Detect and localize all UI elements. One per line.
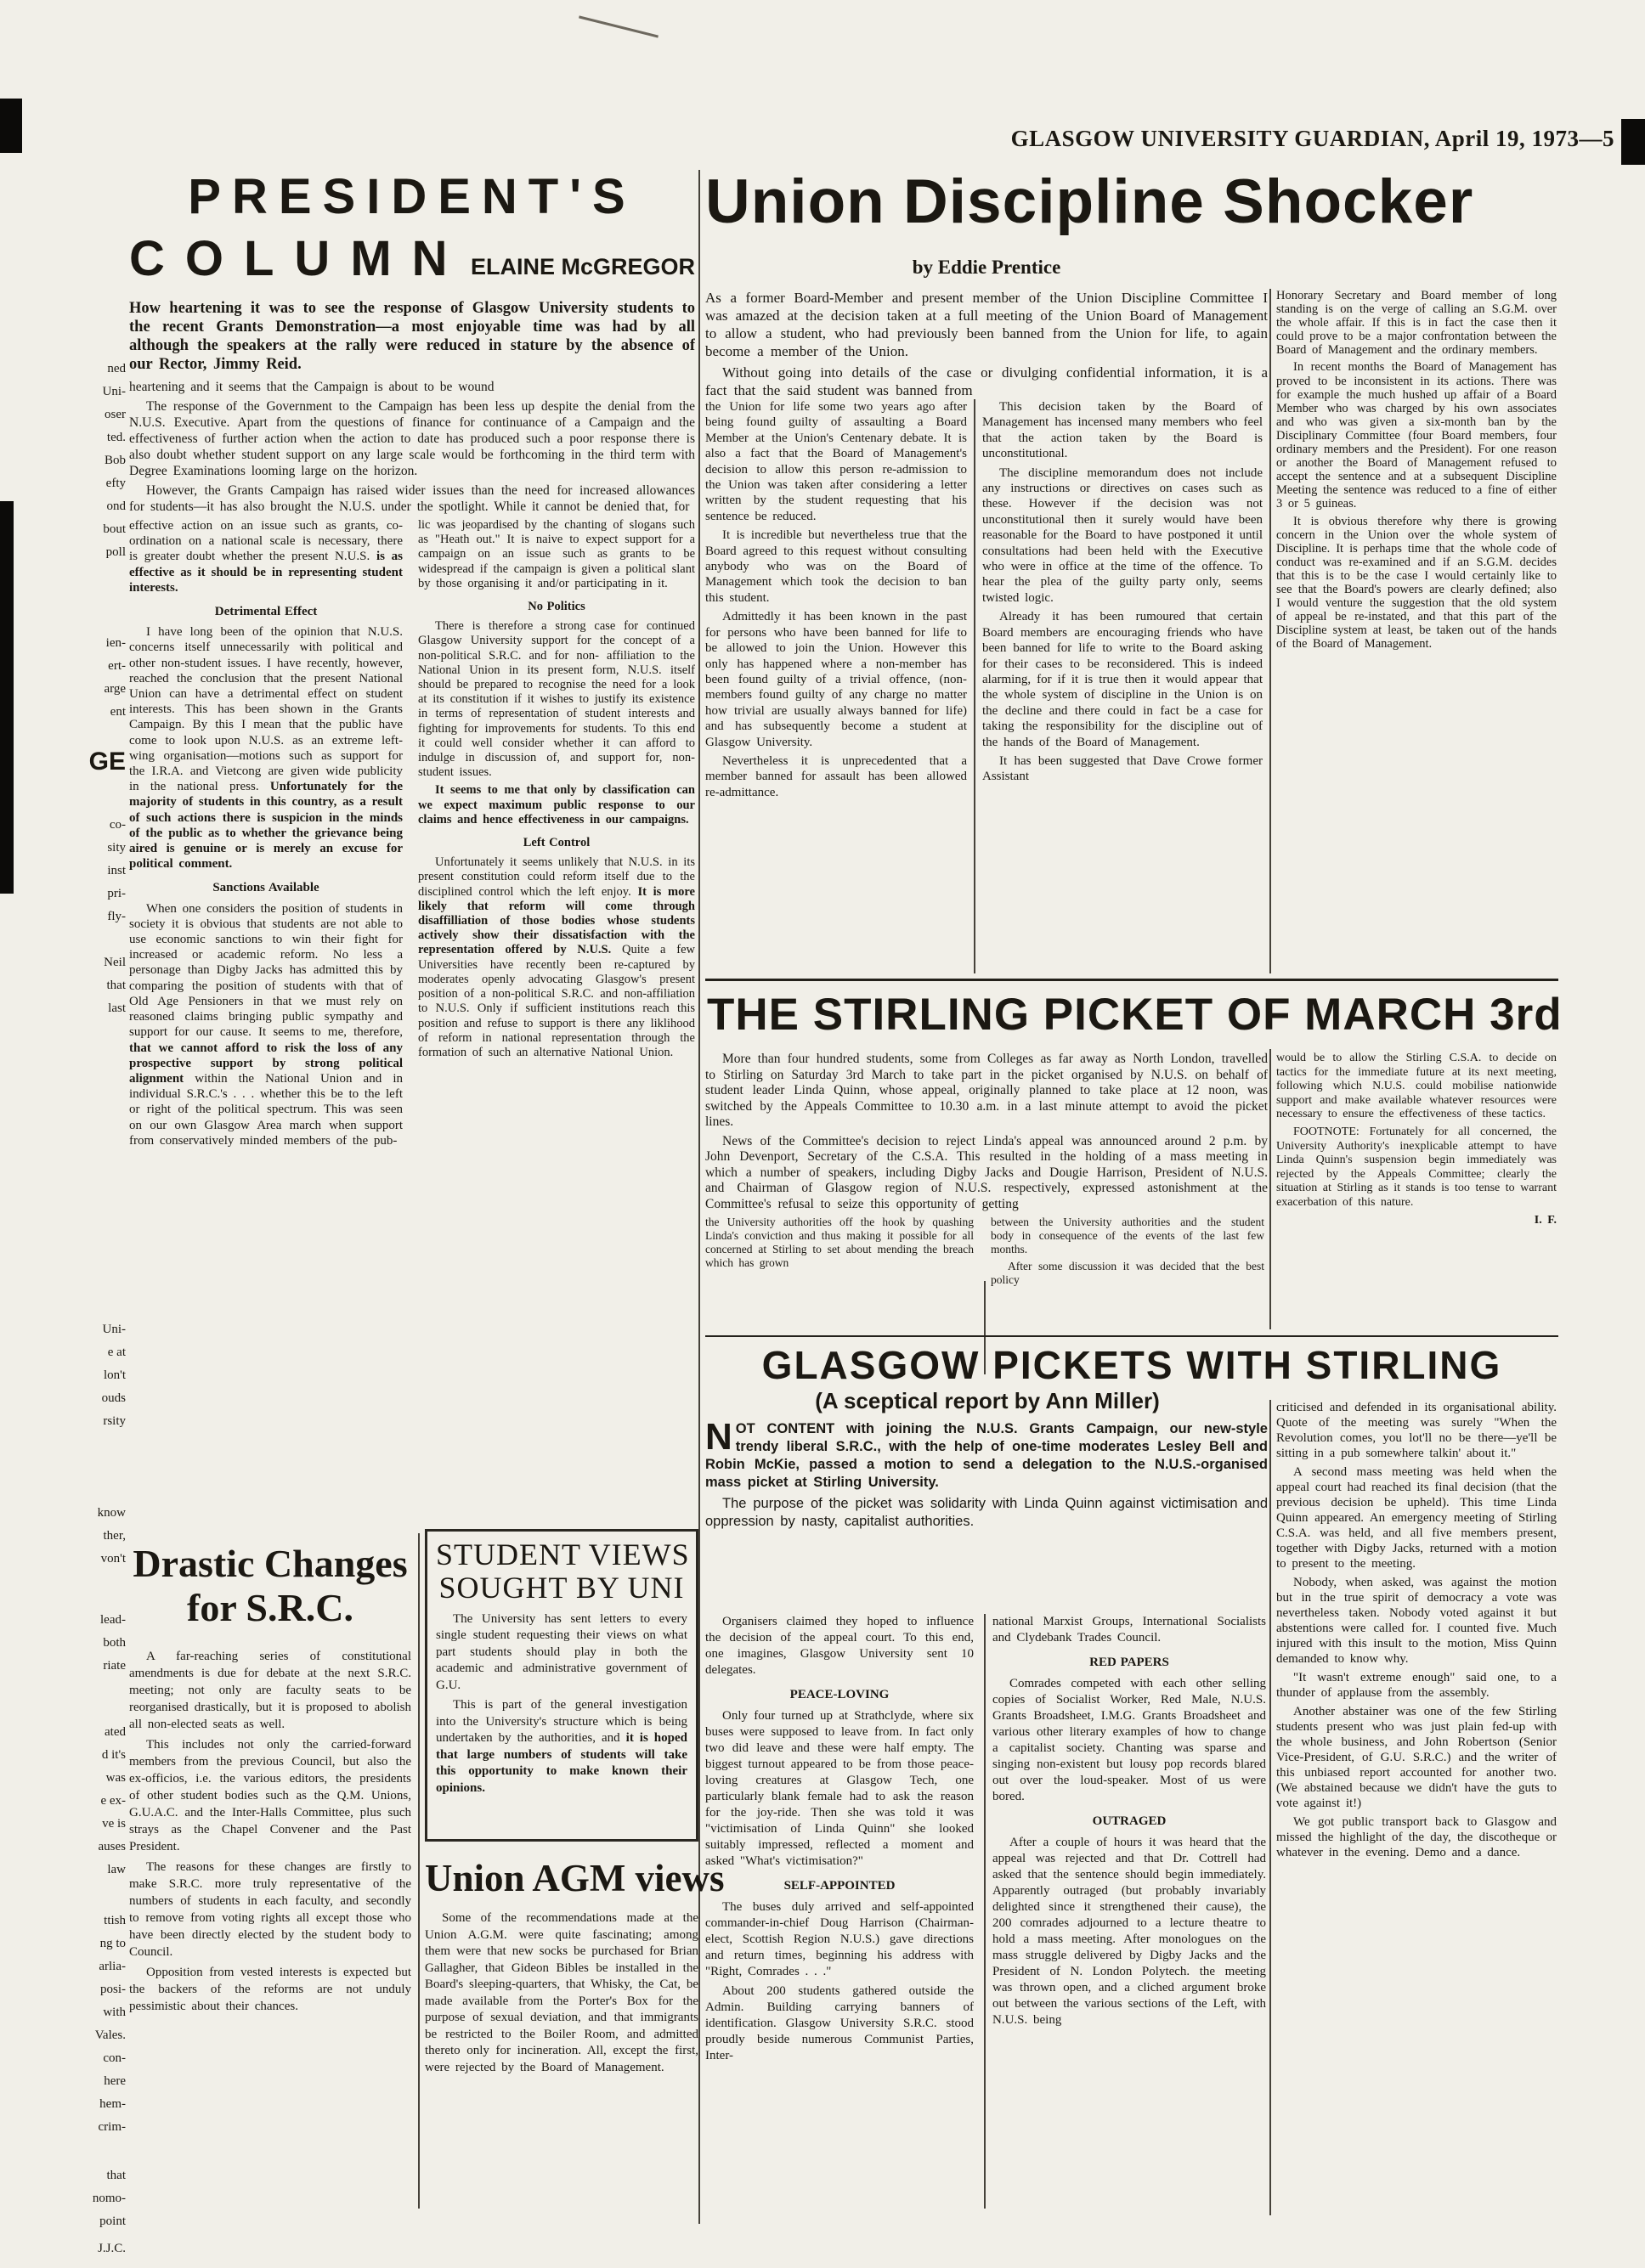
column-rule	[984, 1614, 986, 2209]
margin-fragment: ther,	[59, 1528, 126, 1543]
margin-fragment: that	[59, 2168, 126, 2183]
presidents-column-byline: ELAINE McGREGOR	[471, 254, 695, 287]
text-run: effective action on an issue such as gra…	[129, 519, 403, 563]
paragraph: the Union for life some two years ago af…	[705, 399, 967, 524]
text-run: Quite a few Universities have recently b…	[418, 943, 695, 1058]
paragraph: A far-reaching series of constitutional …	[129, 1648, 411, 1733]
presidents-column-title-line2: COLUMN	[129, 230, 468, 287]
paragraph: News of the Committee's decision to reje…	[705, 1134, 1268, 1213]
paragraph: Another abstainer was one of the few Sti…	[1276, 1704, 1557, 1811]
paragraph: When one considers the position of stude…	[129, 901, 403, 1148]
scan-artifact	[0, 501, 14, 894]
margin-fragment: oser	[59, 407, 126, 422]
paragraph: national Marxist Groups, International S…	[992, 1614, 1266, 1646]
presidents-left-column: effective action on an issue such as gra…	[129, 518, 403, 1152]
margin-fragment: co-	[59, 817, 126, 832]
text-run: I have long been of the opinion that N.U…	[129, 625, 403, 793]
paragraph: FOOTNOTE: Fortunately for all concerned,…	[1276, 1126, 1557, 1210]
margin-fragment: bout	[59, 522, 126, 537]
article-student-views: STUDENT VIEWS SOUGHT BY UNI The Universi…	[425, 1529, 698, 1842]
paragraph: About 200 students gathered outside the …	[705, 1983, 974, 2064]
margin-fragment: poll	[59, 544, 126, 560]
glasgow-pickets-subtitle: (A sceptical report by Ann Miller)	[707, 1388, 1268, 1414]
paragraph: Organisers claimed they hoped to influen…	[705, 1614, 974, 1678]
column-rule	[698, 170, 700, 2224]
paragraph: I have long been of the opinion that N.U…	[129, 624, 403, 872]
margin-fragment: von't	[59, 1551, 126, 1566]
section-rule	[705, 1335, 1558, 1337]
margin-fragment: J.J.C.	[59, 2241, 126, 2256]
margin-fragment: GE	[59, 754, 126, 770]
paragraph: The reasons for these changes are firstl…	[129, 1859, 411, 1961]
margin-fragment: point	[59, 2214, 126, 2229]
paragraph: It has been suggested that Dave Crowe fo…	[982, 753, 1263, 785]
margin-fragment: ng to	[59, 1936, 126, 1951]
union-discipline-title: Union Discipline Shocker	[705, 166, 1558, 237]
paragraph: The purpose of the picket was solidarity…	[705, 1495, 1268, 1531]
margin-fragment: ond	[59, 499, 126, 514]
paragraph: Honorary Secretary and Board member of l…	[1276, 289, 1557, 357]
glasgow-pickets-title: GLASGOW PICKETS WITH STIRLING	[707, 1342, 1557, 1388]
paragraph: We got public transport back to Glasgow …	[1276, 1814, 1557, 1860]
margin-fragment: inst	[59, 863, 126, 878]
paragraph: criticised and defended in its organisat…	[1276, 1400, 1557, 1461]
margin-fragment: was	[59, 1770, 126, 1786]
margin-fragment: with	[59, 2005, 126, 2020]
column-rule	[418, 1533, 420, 2209]
margin-fragment: Vales.	[59, 2028, 126, 2043]
union-discipline-intro: As a former Board-Member and present mem…	[705, 289, 1268, 403]
subhead: RED PAPERS	[992, 1655, 1266, 1671]
paragraph: There is therefore a strong case for con…	[418, 619, 695, 780]
margin-fragment: lead-	[59, 1612, 126, 1628]
paragraph: The discipline memorandum does not inclu…	[982, 465, 1263, 606]
margin-fragment: hem-	[59, 2096, 126, 2112]
margin-fragment: Bob	[59, 453, 126, 468]
paragraph: As a former Board-Member and present mem…	[705, 289, 1268, 360]
paragraph: Nevertheless it is unprecedented that a …	[705, 753, 967, 800]
margin-fragment: law	[59, 1862, 126, 1877]
paragraph: This decision taken by the Board of Mana…	[982, 399, 1263, 462]
article-presidents-column: PRESIDENT'S COLUMN ELAINE McGREGOR How h…	[129, 168, 695, 1527]
margin-fragment: arlia-	[59, 1959, 126, 1974]
union-column-a: the Union for life some two years ago af…	[705, 399, 967, 975]
margin-fragment: Uni-	[59, 384, 126, 399]
margin-fragment: pri-	[59, 886, 126, 901]
paragraph: This includes not only the carried-forwa…	[129, 1736, 411, 1855]
margin-fragment: ted.	[59, 430, 126, 445]
margin-fragment: here	[59, 2073, 126, 2089]
union-discipline-byline: by Eddie Prentice	[705, 257, 1268, 279]
column-rule	[974, 399, 975, 973]
margin-fragment: ert-	[59, 658, 126, 674]
presidents-right-column: lic was jeopardised by the chanting of s…	[418, 518, 695, 1152]
margin-fragment: Uni-	[59, 1322, 126, 1337]
glasgow-column-1: Organisers claimed they hoped to influen…	[705, 1614, 974, 2068]
scan-artifact	[579, 15, 659, 37]
paragraph: More than four hundred students, some fr…	[705, 1052, 1268, 1131]
margin-fragment: nomo-	[59, 2191, 126, 2206]
paragraph: would be to allow the Stirling C.S.A. to…	[1276, 1052, 1557, 1122]
text-run-bold: It seems to me that only by classificati…	[418, 783, 695, 826]
subhead: Left Control	[418, 836, 695, 850]
paragraph: The response of the Government to the Ca…	[129, 398, 695, 479]
paragraph: lic was jeopardised by the chanting of s…	[418, 518, 695, 591]
margin-fragment: auses	[59, 1839, 126, 1854]
stirling-narrow-left: the University authorities off the hook …	[705, 1216, 974, 1290]
glasgow-pickets-intro: NOT CONTENT with joining the N.U.S. Gran…	[705, 1420, 1268, 1534]
paragraph: heartening and it seems that the Campaig…	[129, 379, 695, 395]
margin-fragment: last	[59, 1001, 126, 1016]
presidents-column-title-line1: PRESIDENT'S	[129, 168, 695, 225]
paragraph: The buses duly arrived and self-appointe…	[705, 1899, 974, 1980]
drastic-changes-title-line1: Drastic Changes	[129, 1542, 411, 1586]
paragraph: NOT CONTENT with joining the N.U.S. Gran…	[705, 1420, 1268, 1492]
margin-fragment: arge	[59, 681, 126, 697]
paragraph: Without going into details of the case o…	[705, 364, 1268, 399]
margin-fragment: rsity	[59, 1413, 126, 1429]
paragraph: However, the Grants Campaign has raised …	[129, 482, 695, 515]
student-views-title-line2: SOUGHT BY UNI	[436, 1571, 687, 1605]
column-rule	[1269, 289, 1271, 973]
margin-fragment: d it's	[59, 1747, 126, 1763]
margin-fragment: Neil	[59, 955, 126, 970]
margin-fragment: that	[59, 978, 126, 993]
union-column-c: Honorary Secretary and Board member of l…	[1276, 289, 1557, 975]
paragraph: A second mass meeting was held when the …	[1276, 1464, 1557, 1571]
page-header: GLASGOW UNIVERSITY GUARDIAN, April 19, 1…	[935, 126, 1614, 152]
paragraph: The University has sent letters to every…	[436, 1611, 687, 1695]
article-drastic-changes: Drastic Changes for S.R.C. A far-reachin…	[129, 1542, 411, 2213]
drastic-changes-title-line2: for S.R.C.	[129, 1586, 411, 1630]
margin-fragment: ned	[59, 361, 126, 376]
margin-fragment: posi-	[59, 1982, 126, 1997]
stirling-picket-intro: More than four hundred students, some fr…	[705, 1052, 1268, 1290]
subhead: OUTRAGED	[992, 1814, 1266, 1830]
text-run: When one considers the position of stude…	[129, 902, 403, 1040]
margin-fragment: ttish	[59, 1913, 126, 1928]
footnote-signature: I. F.	[1276, 1214, 1557, 1228]
paragraph: This is part of the general investigatio…	[436, 1697, 687, 1797]
paragraph: effective action on an issue such as gra…	[129, 518, 403, 595]
paragraph: In recent months the Board of Management…	[1276, 360, 1557, 511]
stirling-right-column: would be to allow the Stirling C.S.A. to…	[1276, 1052, 1557, 1231]
paragraph: Unfortunately it seems unlikely that N.U…	[418, 855, 695, 1060]
stirling-picket-title: THE STIRLING PICKET OF MARCH 3rd	[707, 989, 1557, 1041]
presidents-intro: How heartening it was to see the respons…	[129, 299, 695, 374]
margin-fragment: efty	[59, 476, 126, 491]
margin-fragment: sity	[59, 840, 126, 855]
student-views-title-line1: STUDENT VIEWS	[436, 1538, 687, 1571]
section-rule	[705, 979, 1558, 981]
paragraph: Admittedly it has been known in the past…	[705, 609, 967, 750]
union-agm-title: Union AGM views	[425, 1856, 698, 1900]
margin-fragment: e ex-	[59, 1793, 126, 1808]
margin-fragment: riate	[59, 1658, 126, 1673]
paragraph: Opposition from vested interests is expe…	[129, 1964, 411, 2015]
margin-fragment: ien-	[59, 635, 126, 651]
paragraph: Some of the recommendations made at the …	[425, 1910, 698, 2076]
union-column-b: This decision taken by the Board of Mana…	[982, 399, 1263, 975]
scan-artifact	[0, 99, 22, 153]
column-rule	[1269, 1049, 1271, 1329]
subhead: SELF-APPOINTED	[705, 1878, 974, 1894]
stirling-narrow-right: between the University authorities and t…	[991, 1216, 1264, 1290]
subhead: Sanctions Available	[129, 880, 403, 895]
paragraph: Only four turned up at Strathclyde, wher…	[705, 1708, 974, 1870]
article-union-agm: Union AGM views Some of the recommendati…	[425, 1856, 698, 2079]
paragraph: After some discussion it was decided tha…	[991, 1260, 1264, 1287]
newspaper-page: ned Uni- oser ted. Bob efty ond bout pol…	[0, 0, 1645, 2268]
margin-fragment: lon't	[59, 1368, 126, 1383]
margin-fragment: ve is	[59, 1816, 126, 1831]
margin-fragment: ouds	[59, 1391, 126, 1406]
paragraph: It seems to me that only by classificati…	[418, 783, 695, 827]
margin-fragment: crim-	[59, 2119, 126, 2135]
margin-fragment: ent	[59, 704, 126, 719]
glasgow-column-3: criticised and defended in its organisat…	[1276, 1400, 1557, 2258]
subhead: PEACE-LOVING	[705, 1687, 974, 1703]
paragraph: It is obvious therefore why there is gro…	[1276, 515, 1557, 652]
margin-fragment: ated	[59, 1724, 126, 1740]
paragraph: Already it has been rumoured that certai…	[982, 609, 1263, 750]
column-rule	[1269, 1400, 1271, 2215]
paragraph: the University authorities off the hook …	[705, 1216, 974, 1270]
subhead: Detrimental Effect	[129, 604, 403, 619]
margin-fragment: know	[59, 1505, 126, 1520]
margin-fragment: fly-	[59, 909, 126, 924]
paragraph: Nobody, when asked, was against the moti…	[1276, 1575, 1557, 1667]
paragraph: It is incredible but nevertheless true t…	[705, 528, 967, 606]
margin-fragment: con-	[59, 2051, 126, 2066]
paragraph: "It wasn't extreme enough" said one, to …	[1276, 1670, 1557, 1701]
margin-fragment: e at	[59, 1345, 126, 1360]
scan-artifact	[1621, 119, 1645, 165]
margin-fragment: both	[59, 1635, 126, 1650]
subhead: No Politics	[418, 600, 695, 614]
paragraph: Comrades competed with each other sellin…	[992, 1676, 1266, 1805]
text-run-bold: Unfortunately for the majority of studen…	[129, 780, 403, 871]
paragraph: between the University authorities and t…	[991, 1216, 1264, 1256]
paragraph: After a couple of hours it was heard tha…	[992, 1835, 1266, 2028]
glasgow-column-2: national Marxist Groups, International S…	[992, 1614, 1266, 2032]
